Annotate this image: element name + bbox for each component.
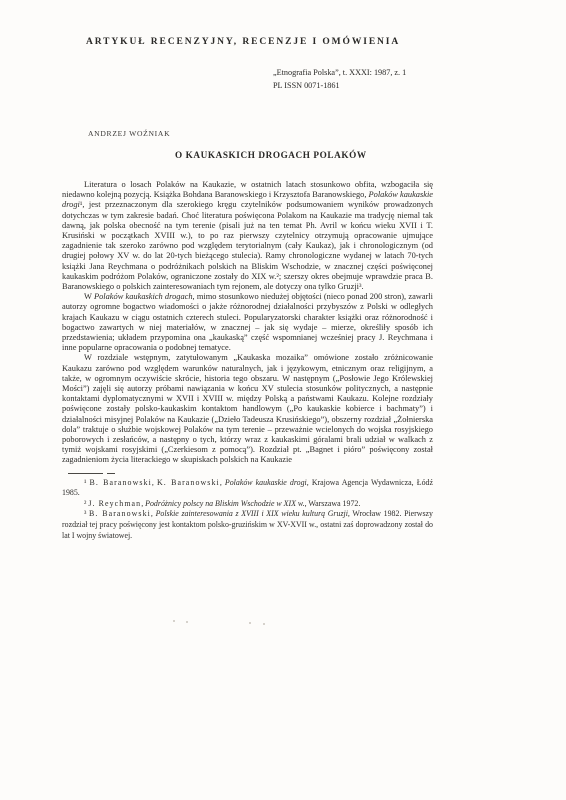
scan-speck (173, 620, 175, 622)
journal-page: ARTYKUŁ RECENZYJNY, RECENZJE I OMÓWIENIA… (0, 0, 566, 800)
footnote: ¹ B. Baranowski, K. Baranowski, Polaków … (62, 478, 433, 499)
footnote: ² J. Reychman, Podróżnicy polscy na Blis… (62, 499, 433, 510)
article-body: Literatura o losach Polaków na Kaukazie,… (62, 180, 433, 541)
scan-speck (249, 622, 251, 624)
body-paragraph: W rozdziale wstępnym, zatytułowanym „Kau… (62, 353, 433, 465)
journal-issn-line: PL ISSN 0071-1861 (273, 79, 406, 92)
journal-citation: „Etnografia Polska”, t. XXXI: 1987, z. 1… (273, 66, 406, 92)
running-head: ARTYKUŁ RECENZYJNY, RECENZJE I OMÓWIENIA (86, 37, 400, 47)
body-paragraph: W Polaków kaukaskich drogach, mimo stosu… (62, 292, 433, 353)
scan-speck (263, 623, 265, 625)
footnote-separator-dash (107, 473, 115, 474)
journal-citation-line: „Etnografia Polska”, t. XXXI: 1987, z. 1 (273, 66, 406, 79)
footnote: ³ B. Baranowski, Polskie zainteresowania… (62, 509, 433, 541)
footnote-separator (68, 473, 433, 474)
body-paragraph: Literatura o losach Polaków na Kaukazie,… (62, 180, 433, 292)
author-name: ANDRZEJ WOŹNIAK (88, 129, 170, 138)
scan-speck (186, 621, 188, 623)
footnote-separator-rule (68, 473, 103, 474)
article-title: O KAUKASKICH DROGACH POLAKÓW (175, 150, 367, 160)
